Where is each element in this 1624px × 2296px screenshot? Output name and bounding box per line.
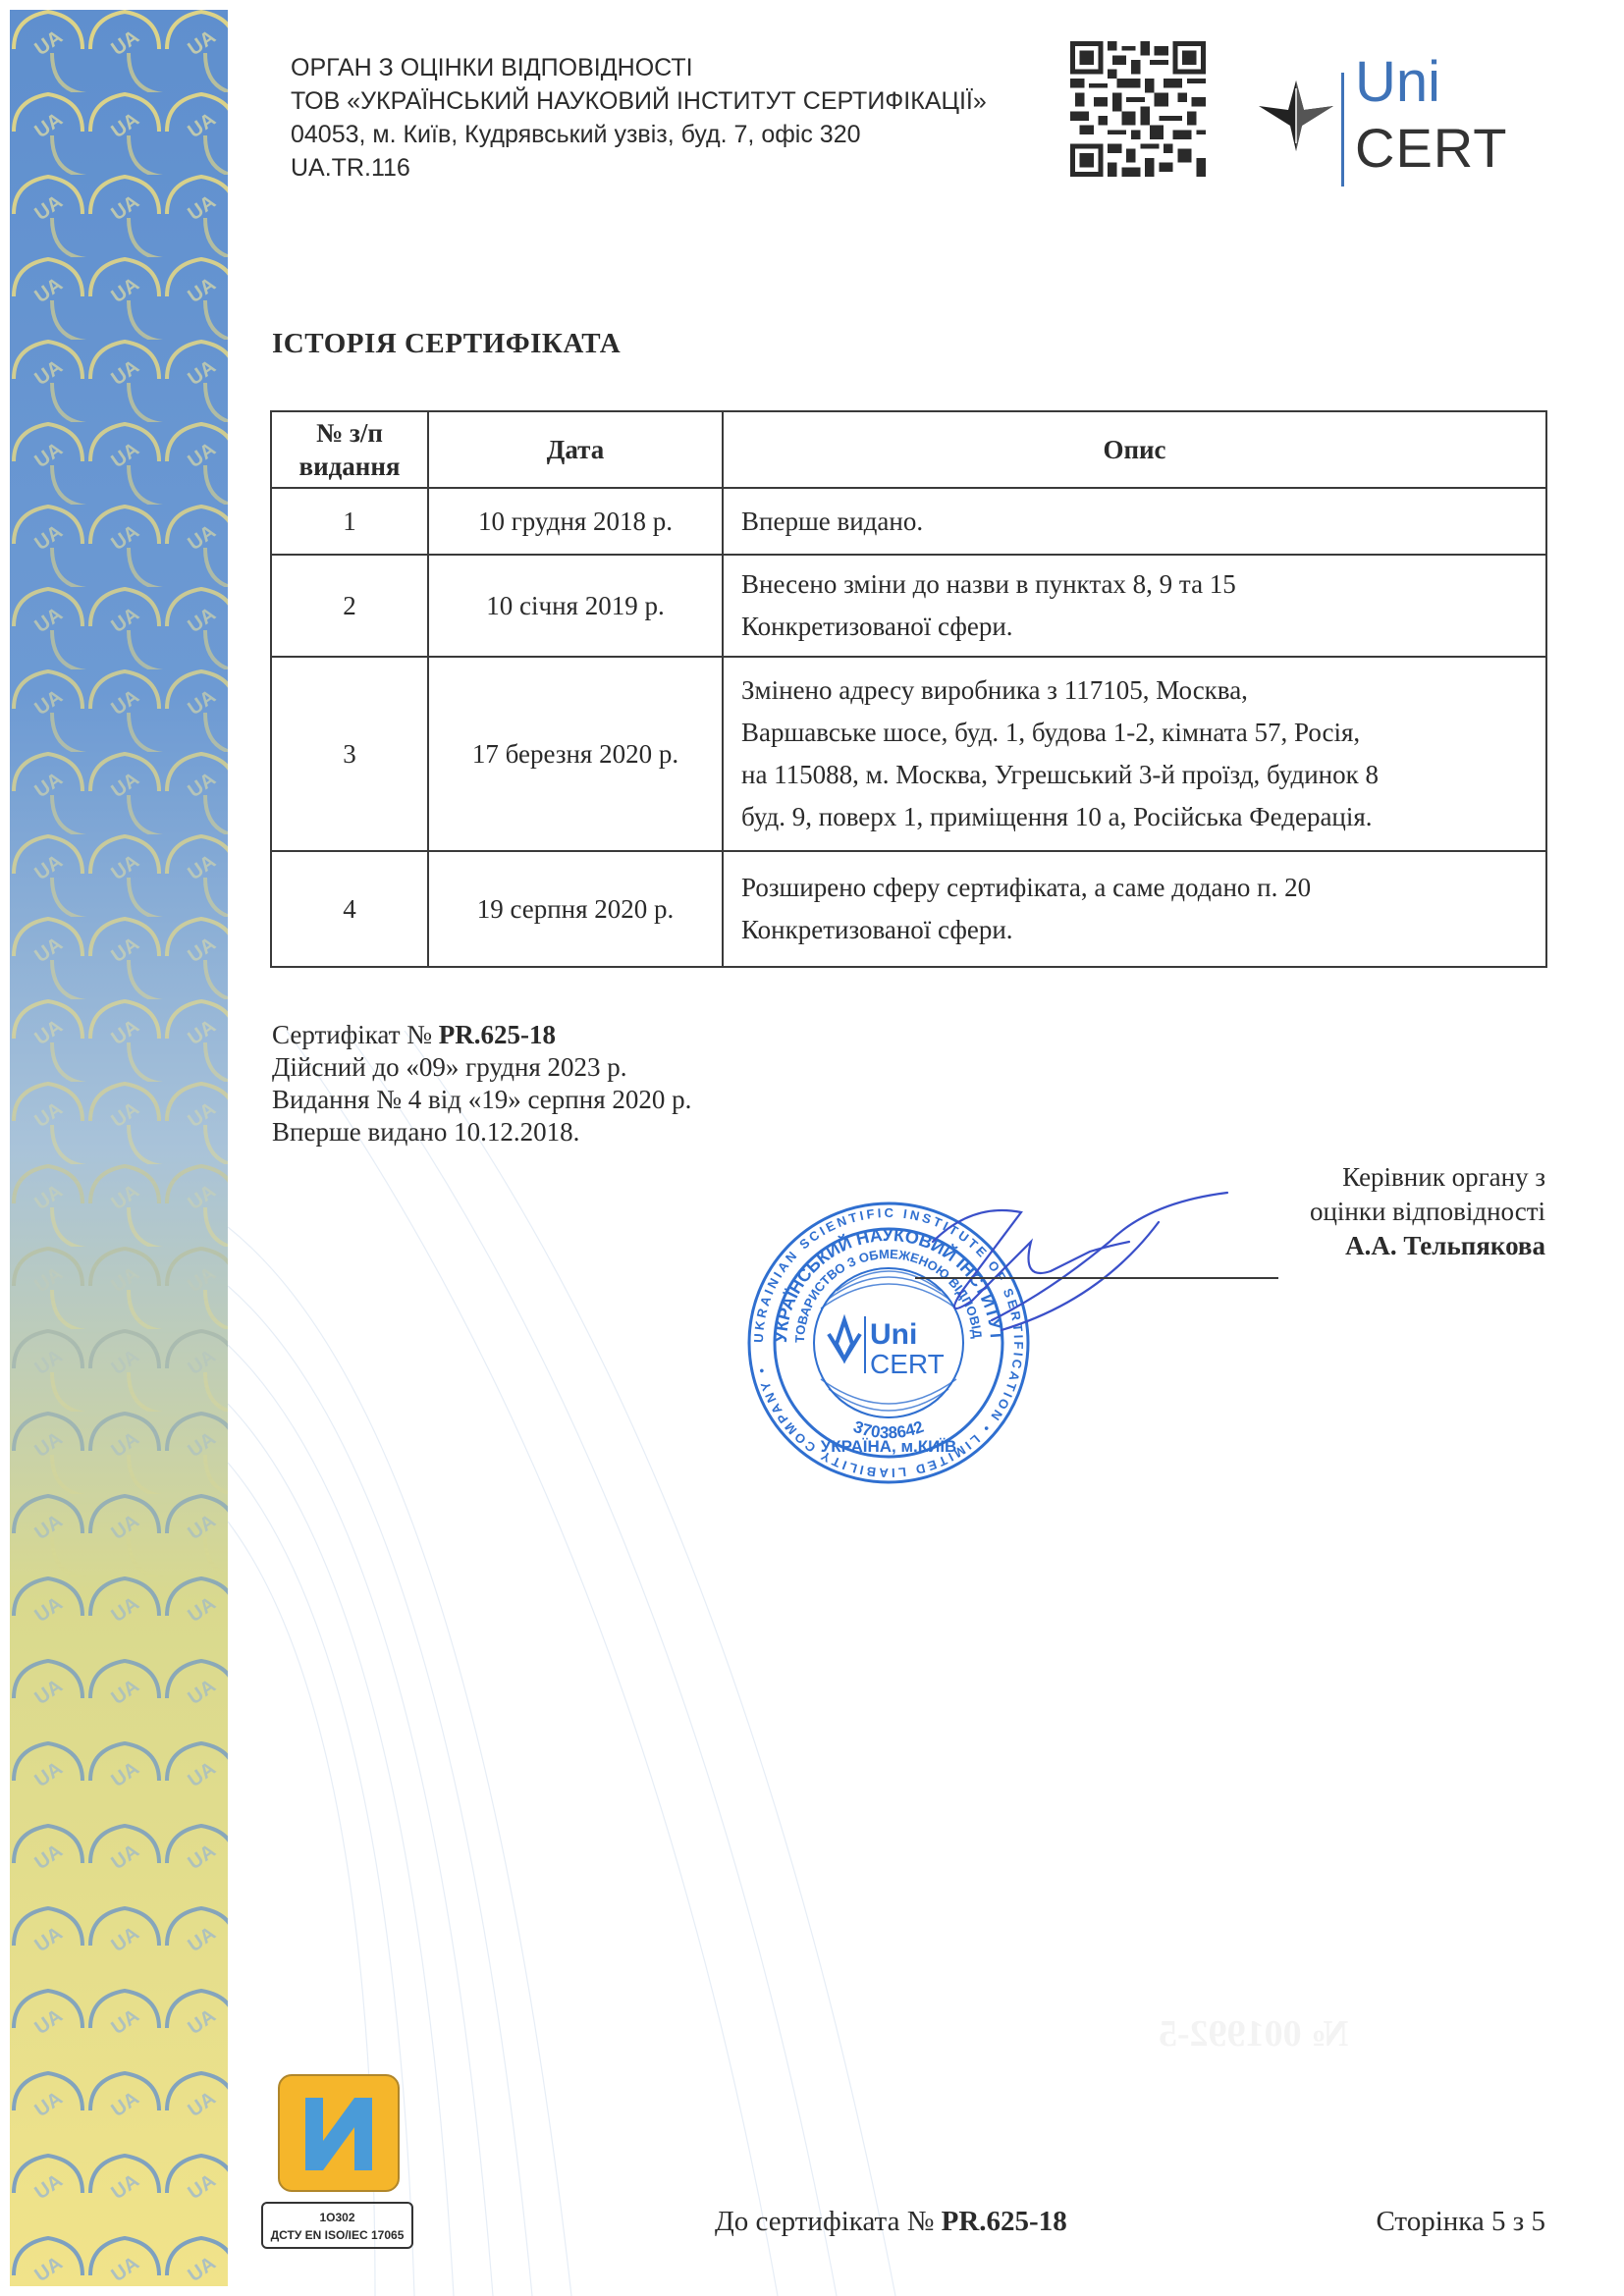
certificate-number-line: Сертифікат № PR.625-18: [272, 1019, 691, 1051]
issuer-line-1: ОРГАН З ОЦІНКИ ВІДПОВІДНОСТІ: [291, 51, 987, 84]
edition-date: 17 березня 2020 р.: [428, 657, 723, 851]
edition-number: 2: [271, 555, 428, 657]
signatory-title-1: Керівник органу з: [1310, 1160, 1545, 1195]
col-header-description: Опис: [723, 411, 1546, 488]
edition-description: Розширено сферу сертифіката, а саме дода…: [723, 851, 1546, 967]
table-row: 317 березня 2020 р.Змінено адресу виробн…: [271, 657, 1546, 851]
edition-number: 1: [271, 488, 428, 555]
svg-text:УКРАЇНА, м.КИЇВ: УКРАЇНА, м.КИЇВ: [821, 1437, 957, 1456]
table-header-row: № з/п видання Дата Опис: [271, 411, 1546, 488]
accreditation-info: 1O302 ДСТУ EN ISO/IEC 17065: [261, 2202, 413, 2249]
table-row: 210 січня 2019 р.Внесено зміни до назви …: [271, 555, 1546, 657]
unicert-logo: Uni CERT: [1259, 55, 1524, 192]
first-issued: Вперше видано 10.12.2018.: [272, 1116, 691, 1148]
edition-description: Внесено зміни до назви в пунктах 8, 9 та…: [723, 555, 1546, 657]
serial-number-bleedthrough: № 001992-5: [1159, 2012, 1348, 2056]
edition-description: Вперше видано.: [723, 488, 1546, 555]
edition-date: 10 січня 2019 р.: [428, 555, 723, 657]
issuer-header: ОРГАН З ОЦІНКИ ВІДПОВІДНОСТІ ТОВ «УКРАЇН…: [291, 51, 987, 185]
col-header-number: № з/п видання: [271, 411, 428, 488]
logo-uni-text: Uni: [1355, 49, 1440, 115]
edition-description: Змінено адресу виробника з 117105, Москв…: [723, 657, 1546, 851]
certificate-number: PR.625-18: [439, 1020, 556, 1049]
issuer-address: 04053, м. Київ, Кудрявський узвіз, буд. …: [291, 118, 987, 151]
footer-certificate-ref: До сертифіката № PR.625-18: [715, 2206, 1067, 2238]
signatory-block: Керівник органу з оцінки відповідності А…: [1310, 1160, 1545, 1263]
trident-arrow-icon: [1259, 80, 1333, 151]
security-pattern-strip: UA UA: [10, 10, 228, 2286]
logo-cert-text: CERT: [1355, 116, 1507, 180]
logo-divider: [1341, 73, 1344, 187]
certificate-info: Сертифікат № PR.625-18 Дійсний до «09» г…: [272, 1019, 691, 1148]
accreditation-badge: [278, 2074, 400, 2192]
table-row: 110 грудня 2018 р.Вперше видано.: [271, 488, 1546, 555]
edition-number: 3: [271, 657, 428, 851]
table-row: 419 серпня 2020 р.Розширено сферу сертиф…: [271, 851, 1546, 967]
accreditation-number: 1O302: [263, 2209, 411, 2226]
signatory-title-2: оцінки відповідності: [1310, 1195, 1545, 1229]
edition-date: 10 грудня 2018 р.: [428, 488, 723, 555]
valid-until: Дійсний до «09» грудня 2023 р.: [272, 1051, 691, 1084]
accreditation-mark-icon: [280, 2076, 398, 2190]
signatory-name: А.А. Тельпякова: [1310, 1229, 1545, 1263]
qr-code-icon[interactable]: [1070, 41, 1206, 177]
edition-line: Видання № 4 від «19» серпня 2020 р.: [272, 1084, 691, 1116]
signature-line: [915, 1277, 1278, 1279]
certificate-history-table: № з/п видання Дата Опис 110 грудня 2018 …: [270, 410, 1547, 968]
edition-date: 19 серпня 2020 р.: [428, 851, 723, 967]
issuer-line-2: ТОВ «УКРАЇНСЬКИЙ НАУКОВИЙ ІНСТИТУТ СЕРТИ…: [291, 84, 987, 118]
page-title: ІСТОРІЯ СЕРТИФІКАТА: [272, 328, 621, 360]
ua-trident-pattern: UA UA: [10, 10, 228, 2286]
page-number: Сторінка 5 з 5: [1376, 2206, 1545, 2238]
accreditation-standard: ДСТУ EN ISO/IEC 17065: [263, 2226, 411, 2244]
issuer-registration: UA.TR.116: [291, 151, 987, 185]
col-header-date: Дата: [428, 411, 723, 488]
handwritten-signature: [903, 1183, 1237, 1379]
edition-number: 4: [271, 851, 428, 967]
